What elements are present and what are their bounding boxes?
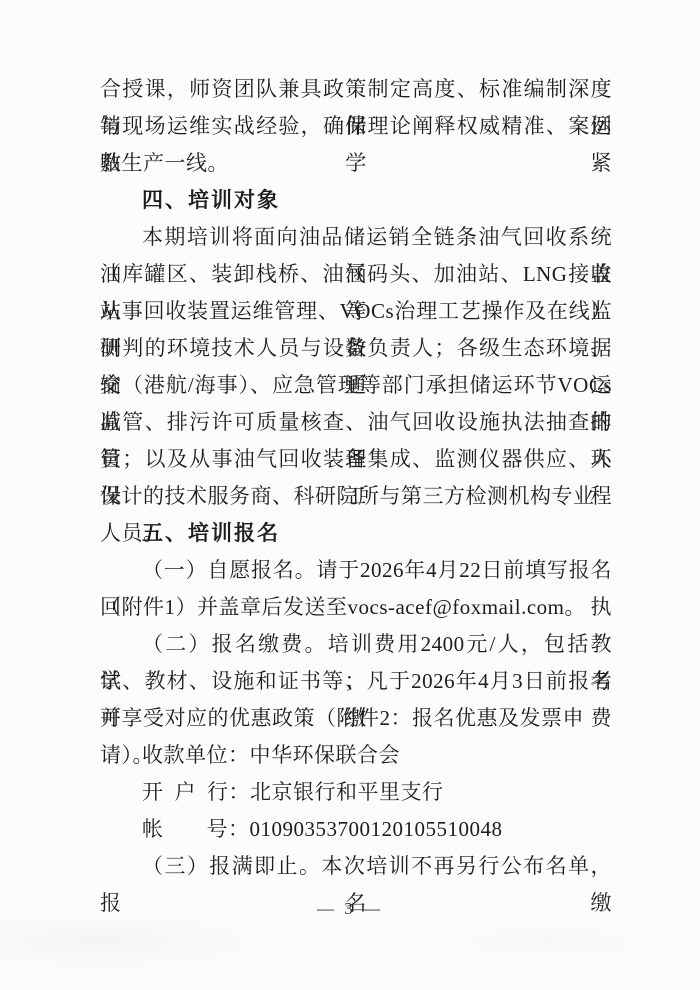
text-line: 研判的环境技术人员与设备负责人；各级生态环境、交通运: [100, 330, 612, 367]
text-line: 销现场运维实战经验，确保理论阐释权威精准、案例教学紧: [100, 108, 612, 145]
discount-policy-line: 可享受对应的优惠政策（附件2：报名优惠及发票申请）。: [100, 700, 612, 737]
document-page: 合授课，师资团队兼具政策制定高度、标准编制深度与储运 销现场运维实战经验，确保理…: [0, 0, 700, 990]
heading-training-targets: 四、培训对象: [100, 182, 612, 219]
registration-deadline-line: （一）自愿报名。请于2026年4月22日前填写报名回执: [100, 552, 612, 589]
text-line: 员；以及从事油气回收装备集成、监测仪器供应、环保工程: [100, 441, 612, 478]
heading-training-registration: 五、培训报名: [100, 515, 612, 552]
scan-artifact: [0, 915, 280, 975]
bank-line: 开 户 行：北京银行和平里支行: [100, 774, 612, 811]
text-line: 监管、排污许可质量核查、油气回收设施执法抽查的管理人: [100, 404, 612, 441]
page-number: — 3 —: [0, 894, 700, 924]
text-line: 本期培训将面向油品储运销全链条油气回收系统（涵盖: [100, 219, 612, 256]
account-number-line: 帐 号：01090353700120105510048: [100, 811, 612, 848]
text-line: 合授课，师资团队兼具政策制定高度、标准编制深度与储运: [100, 71, 612, 108]
registration-email-line: （附件1）并盖章后发送至vocs-acef@foxmail.com。: [100, 589, 612, 626]
scan-artifact: [440, 920, 660, 965]
text-line: 从事回收装置运维管理、VOCs治理工艺操作及在线监测数据: [100, 293, 612, 330]
text-line: 输（港航/海事）、应急管理等部门承担储运环节VOCs减排: [100, 367, 612, 404]
text-line: 设计的技术服务商、科研院所与第三方检测机构专业人员。: [100, 478, 612, 515]
document-text-block: 合授课，师资团队兼具政策制定高度、标准编制深度与储运 销现场运维实战经验，确保理…: [100, 71, 612, 885]
text-line: 试、教材、设施和证书等；凡于2026年4月3日前报名并缴费: [100, 663, 612, 700]
text-line: 油库罐区、装卸栈桥、油气码头、加油站、LNG接收站等）: [100, 256, 612, 293]
fee-line: （二）报名缴费。培训费用2400元/人，包括教学、考: [100, 626, 612, 663]
text-line: （三）报满即止。本次培训不再另行公布名单，报名缴: [100, 848, 612, 885]
payee-line: 收款单位：中华环保联合会: [100, 737, 612, 774]
